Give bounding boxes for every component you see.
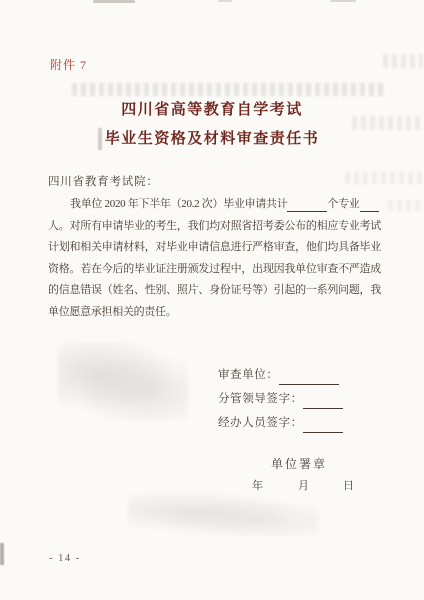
attachment-label: 附件 7	[50, 56, 87, 73]
salutation: 四川省教育考试院：	[48, 173, 159, 189]
scan-bleed-text	[72, 83, 387, 96]
review-unit-row: 审查单位：	[218, 366, 343, 390]
scan-artifact	[383, 54, 423, 68]
page-number: - 14 -	[49, 553, 81, 564]
body-line-1: 我单位 2020 年下半年（20.2 次）毕业申请共计 个专业	[48, 194, 381, 216]
document-title: 四川省高等教育自学考试 毕业生资格及材料审查责任书	[0, 96, 424, 154]
review-unit-label: 审查单位：	[218, 366, 279, 390]
body-text: 个专业	[327, 194, 359, 216]
date-month-label: 月	[298, 477, 309, 493]
blank-field-major-count	[287, 194, 327, 212]
body-line-2: 人。对所有申请毕业的考生，我们均对照省招考委公布的相应专业考试	[48, 216, 381, 238]
scan-artifact	[0, 543, 4, 565]
scan-artifact	[93, 0, 135, 3]
doc-title-line1: 四川省高等教育自学考试	[0, 96, 424, 125]
body-line-5: 的信息错误（姓名、性别、照片、身份证号等）引起的一系列问题，我	[48, 280, 381, 302]
scan-artifact	[345, 172, 423, 184]
handler-sign-label: 经办人员签字：	[218, 414, 303, 438]
scan-artifact	[330, 0, 356, 2]
scan-artifact	[218, 0, 232, 2]
body-paragraph: 我单位 2020 年下半年（20.2 次）毕业申请共计 个专业 人。对所有申请毕…	[48, 194, 381, 324]
body-line-6: 单位愿意承担相关的责任。	[48, 302, 381, 324]
handler-sign-blank	[303, 414, 343, 433]
scan-artifact	[388, 200, 424, 211]
document-page: 附件 7 四川省高等教育自学考试 毕业生资格及材料审查责任书 四川省教育考试院：…	[0, 0, 424, 600]
review-unit-blank	[279, 366, 339, 385]
scan-artifact	[128, 494, 318, 536]
body-line-3: 计划和相关申请材料，对毕业申请信息进行严格审查，他们均具备毕业	[48, 237, 381, 259]
leader-sign-blank	[303, 390, 343, 409]
signature-block: 审查单位： 分管领导签字： 经办人员签字：	[218, 366, 343, 438]
blank-field-people-count	[360, 194, 379, 212]
unit-seal-label: 单位署章	[271, 455, 327, 472]
doc-title-line2: 毕业生资格及材料审查责任书	[0, 125, 424, 154]
leader-sign-row: 分管领导签字：	[218, 390, 343, 414]
body-line-4: 资格。若在今后的毕业证注册颁发过程中，出现因我单位审查不严造成	[48, 259, 381, 281]
handler-sign-row: 经办人员签字：	[218, 414, 343, 438]
scan-artifact	[58, 342, 188, 420]
date-day-label: 日	[343, 477, 354, 493]
leader-sign-label: 分管领导签字：	[218, 390, 303, 414]
date-year-label: 年	[252, 477, 263, 493]
body-text: 我单位 2020 年下半年（20.2 次）毕业申请共计	[70, 194, 287, 216]
